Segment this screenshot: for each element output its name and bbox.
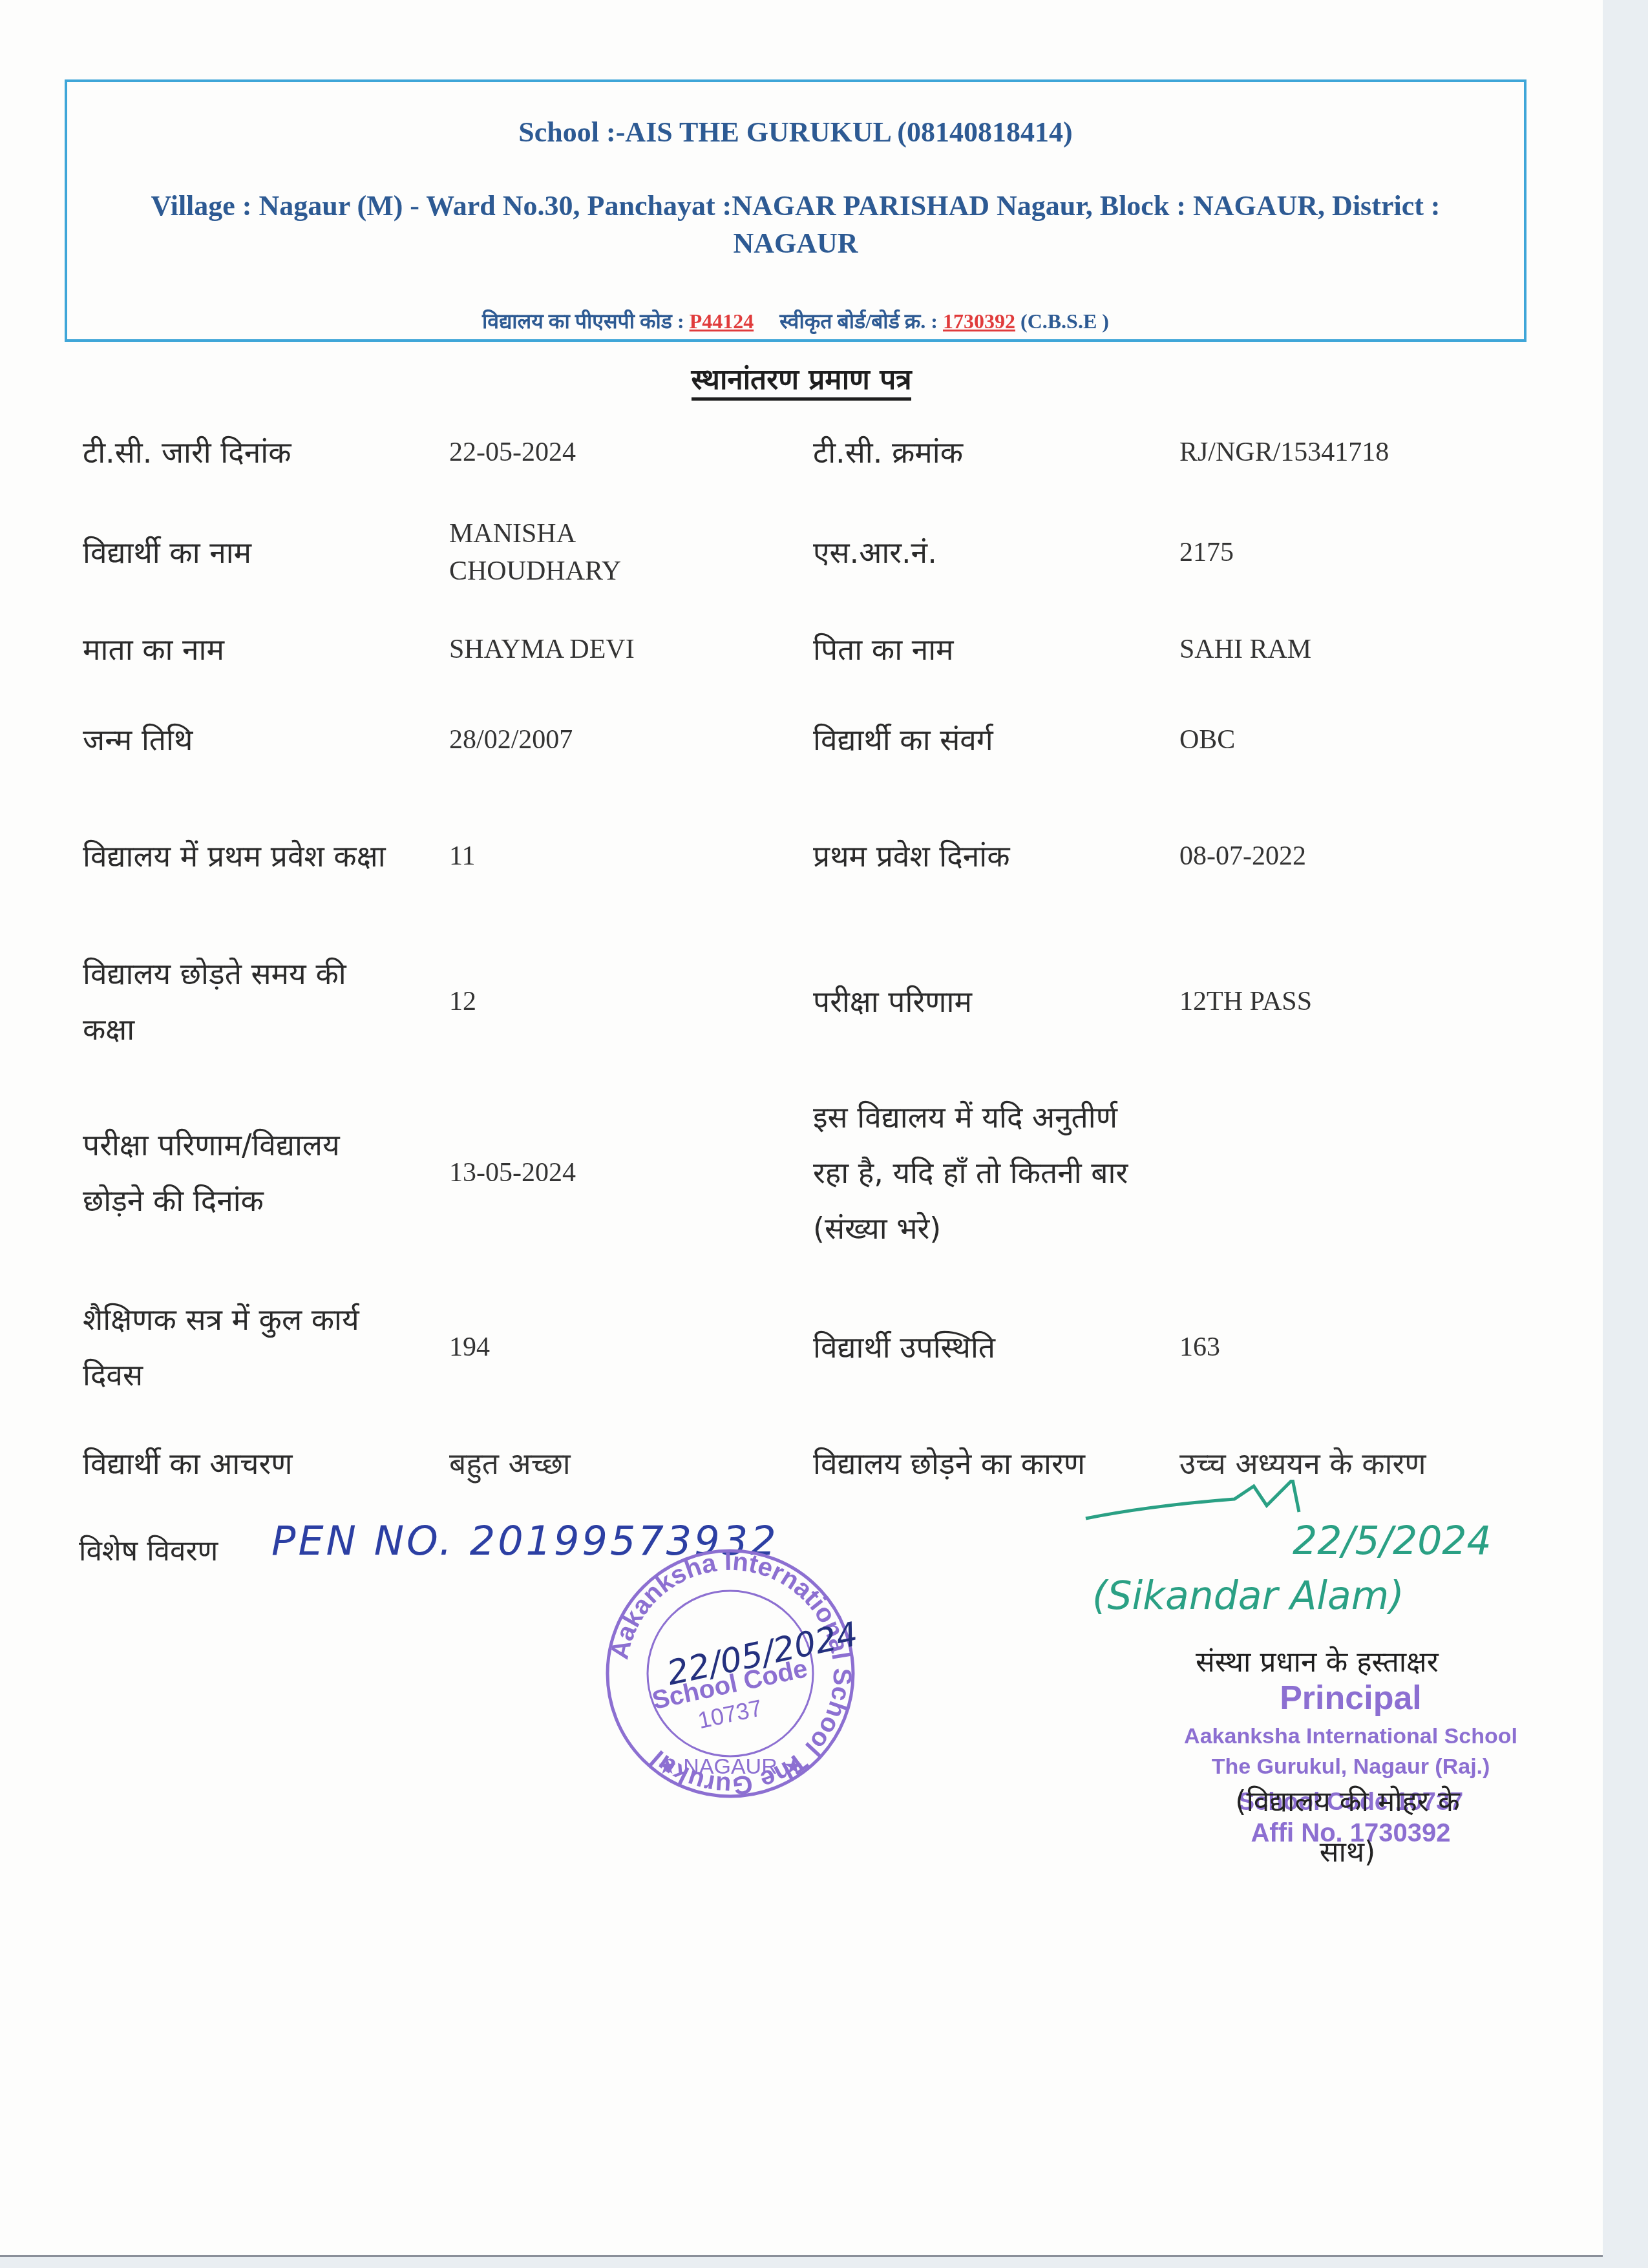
field-label: परीक्षा परिणाम [813, 974, 1149, 1029]
field-label: पिता का नाम [813, 622, 1149, 677]
field-label: टी.सी. क्रमांक [813, 425, 1149, 480]
field-value: 163 [1179, 1328, 1541, 1366]
board-code: 1730392 [943, 310, 1015, 333]
field-label: प्रथम प्रवेश दिनांक [813, 828, 1149, 884]
field-value: 22-05-2024 [449, 434, 759, 471]
special-remarks-label: विशेष विवरण [79, 1530, 218, 1569]
svg-text:(Sikandar Alam): (Sikandar Alam) [1092, 1573, 1404, 1619]
field-value: SAHI RAM [1179, 631, 1541, 668]
psp-code: P44124 [690, 310, 754, 333]
psp-code-label: विद्यालय का पीएसपी कोड : [482, 310, 684, 333]
school-address: Village : Nagaur (M) - Ward No.30, Panch… [106, 187, 1485, 262]
field-value: बहुत अच्छा [449, 1445, 759, 1482]
field-label: टी.सी. जारी दिनांक [83, 425, 406, 480]
field-label: शैक्षिणक सत्र में कुल कार्य दिवस [83, 1292, 406, 1403]
board-name: (C.B.S.E ) [1020, 310, 1109, 333]
field-value: 13-05-2024 [449, 1154, 759, 1192]
field-value: 12 [449, 983, 759, 1020]
seal-principal: Principal [1157, 1679, 1545, 1717]
field-value: OBC [1179, 721, 1541, 759]
seal-place: The Gurukul, Nagaur (Raj.) [1157, 1754, 1545, 1780]
certificate-page: School :-AIS THE GURUKUL (08140818414) V… [0, 0, 1603, 2257]
board-code-label: स्वीकृत बोर्ड/बोर्ड क्र. : [779, 310, 938, 333]
stamp-note: (विद्यालय की मोहर के साथ) [1209, 1777, 1486, 1878]
school-codes: विद्यालय का पीएसपी कोड : P44124 स्वीकृत … [67, 307, 1524, 335]
field-label: विद्यालय छोड़ते समय की कक्षा [83, 946, 406, 1057]
svg-text:★ NAGAUR ★: ★ NAGAUR ★ [657, 1754, 803, 1779]
field-label: एस.आर.नं. [813, 525, 1149, 580]
field-label: इस विद्यालय में यदि अनुतीर्ण रहा है, यदि… [813, 1089, 1149, 1256]
field-value: 28/02/2007 [449, 721, 759, 759]
field-value: RJ/NGR/15341718 [1179, 434, 1541, 471]
field-value: 12TH PASS [1179, 983, 1541, 1020]
field-value: MANISHA CHOUDHARY [449, 515, 617, 590]
field-label: विद्यार्थी का आचरण [83, 1436, 406, 1491]
field-label: विद्यार्थी का नाम [83, 525, 406, 580]
field-value: 08-07-2022 [1179, 837, 1541, 875]
school-name: School :-AIS THE GURUKUL (08140818414) [67, 116, 1524, 149]
svg-text:22/5/2024: 22/5/2024 [1293, 1518, 1492, 1564]
field-label: माता का नाम [83, 622, 406, 677]
field-value: 11 [449, 837, 759, 875]
field-value: 2175 [1179, 534, 1541, 571]
seal-school-name: Aakanksha International School [1157, 1724, 1545, 1749]
document-title: स्थानांतरण प्रमाण पत्र [0, 359, 1603, 397]
signature-label: संस्था प्रधान के हस्ताक्षर [1196, 1641, 1439, 1680]
school-header-box: School :-AIS THE GURUKUL (08140818414) V… [65, 79, 1527, 342]
field-value: उच्च अध्ययन के कारण [1179, 1445, 1541, 1482]
field-value: SHAYMA DEVI [449, 631, 759, 668]
field-label: जन्म तिथि [83, 712, 406, 768]
field-label: विद्यार्थी उपस्थिति [813, 1319, 1149, 1375]
field-label: परीक्षा परिणाम/विद्यालय छोड़ने की दिनांक [83, 1117, 406, 1228]
field-label: विद्यार्थी का संवर्ग [813, 712, 1149, 768]
field-value: 194 [449, 1328, 759, 1366]
field-label: विद्यालय में प्रथम प्रवेश कक्षा [83, 828, 406, 884]
